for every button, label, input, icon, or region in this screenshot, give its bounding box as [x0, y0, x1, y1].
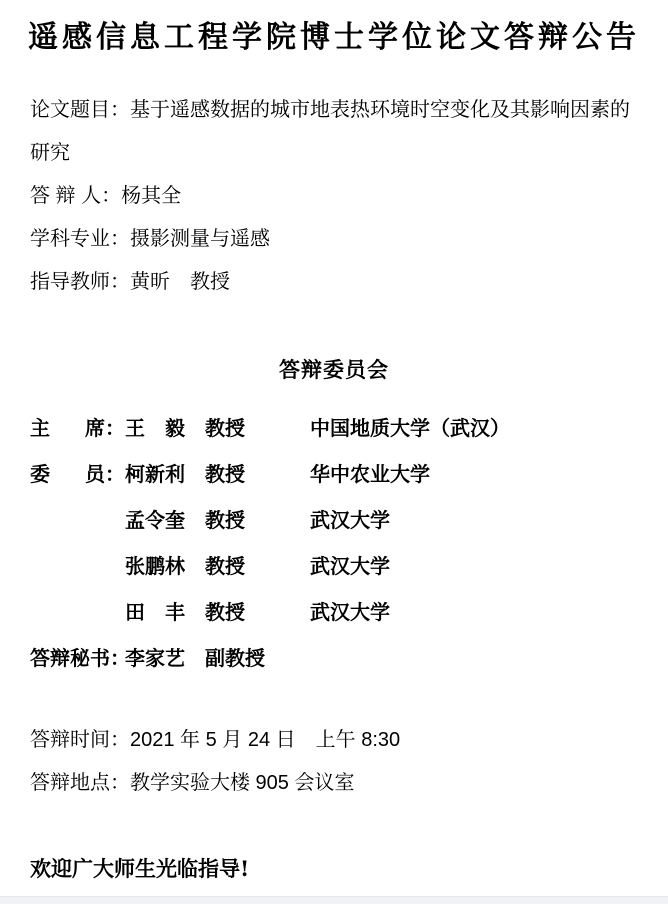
committee-member-title: 教授 [205, 589, 310, 635]
committee-member-affiliation: 武汉大学 [310, 497, 638, 543]
committee-row-member: 张鹏林 教授 武汉大学 [30, 543, 638, 589]
welcome-message: 欢迎广大师生光临指导! [30, 847, 668, 890]
defense-time-label: 答辩时间： [30, 729, 130, 751]
committee-row-member: 田 丰 教授 武汉大学 [30, 589, 638, 635]
committee-row-member: 委员： 柯新利 教授 华中农业大学 [30, 451, 638, 497]
advisor-line: 指导教师：黄昕 教授 [30, 261, 642, 304]
committee-role [30, 497, 125, 543]
page-title: 遥感信息工程学院博士学位论文答辩公告 [0, 0, 668, 59]
major-value: 摄影测量与遥感 [130, 228, 270, 250]
major-line: 学科专业：摄影测量与遥感 [30, 218, 642, 261]
committee-role: 委员： [30, 451, 125, 497]
committee-member-name: 孟令奎 [125, 497, 205, 543]
committee-member-affiliation: 中国地质大学（武汉） [310, 405, 638, 451]
committee-role [30, 589, 125, 635]
committee-member-name: 王 毅 [125, 405, 205, 451]
defender-line: 答 辩 人：杨其全 [30, 175, 642, 218]
thesis-title-value-2: 研究 [30, 142, 70, 164]
thesis-title-line: 论文题目：基于遥感数据的城市地表热环境时空变化及其影响因素的 [30, 89, 642, 132]
committee-role: 主席： [30, 405, 125, 451]
defender-name: 杨其全 [121, 185, 181, 207]
committee-member-title: 教授 [205, 543, 310, 589]
committee-member-title: 教授 [205, 451, 310, 497]
defense-announcement-document: 遥感信息工程学院博士学位论文答辩公告 论文题目：基于遥感数据的城市地表热环境时空… [0, 0, 668, 904]
committee-role: 答辩秘书： [30, 635, 125, 681]
advisor-value: 黄昕 教授 [130, 271, 230, 293]
thesis-title-label: 论文题目： [30, 99, 130, 121]
committee-member-name: 田 丰 [125, 589, 205, 635]
committee-row-chair: 主席： 王 毅 教授 中国地质大学（武汉） [30, 405, 638, 451]
committee-member-affiliation: 华中农业大学 [310, 451, 638, 497]
committee-member-title: 教授 [205, 497, 310, 543]
advisor-label: 指导教师： [30, 271, 130, 293]
committee-heading: 答辩委员会 [0, 348, 668, 392]
committee-member-title: 教授 [205, 405, 310, 451]
defense-location-label: 答辩地点： [30, 772, 130, 794]
thesis-title-value: 基于遥感数据的城市地表热环境时空变化及其影响因素的 [130, 99, 630, 121]
committee-role [30, 543, 125, 589]
window-bottom-strip [0, 896, 668, 904]
committee-table: 主席： 王 毅 教授 中国地质大学（武汉） 委员： 柯新利 教授 华中农业大学 … [30, 405, 638, 681]
defense-time-value: 2021 年 5 月 24 日 上午 8:30 [130, 729, 400, 751]
committee-member-name: 柯新利 [125, 451, 205, 497]
committee-member-name: 张鹏林 [125, 543, 205, 589]
major-label: 学科专业： [30, 228, 130, 250]
defender-label: 答 辩 人： [30, 185, 121, 207]
schedule-section: 答辩时间：2021 年 5 月 24 日 上午 8:30 答辩地点：教学实验大楼… [30, 719, 642, 805]
defense-location-value: 教学实验大楼 905 会议室 [130, 772, 354, 794]
defense-location-line: 答辩地点：教学实验大楼 905 会议室 [30, 762, 642, 805]
thesis-info-section: 论文题目：基于遥感数据的城市地表热环境时空变化及其影响因素的 研究 答 辩 人：… [30, 89, 642, 304]
committee-row-secretary: 答辩秘书： 李家艺 副教授 [30, 635, 638, 681]
defense-time-line: 答辩时间：2021 年 5 月 24 日 上午 8:30 [30, 719, 642, 762]
committee-member-affiliation: 武汉大学 [310, 543, 638, 589]
committee-member-affiliation: 武汉大学 [310, 589, 638, 635]
committee-member-name: 李家艺 [125, 635, 205, 681]
committee-member-affiliation [310, 635, 638, 681]
thesis-title-continuation: 研究 [30, 132, 642, 175]
committee-row-member: 孟令奎 教授 武汉大学 [30, 497, 638, 543]
committee-member-title: 副教授 [205, 635, 310, 681]
